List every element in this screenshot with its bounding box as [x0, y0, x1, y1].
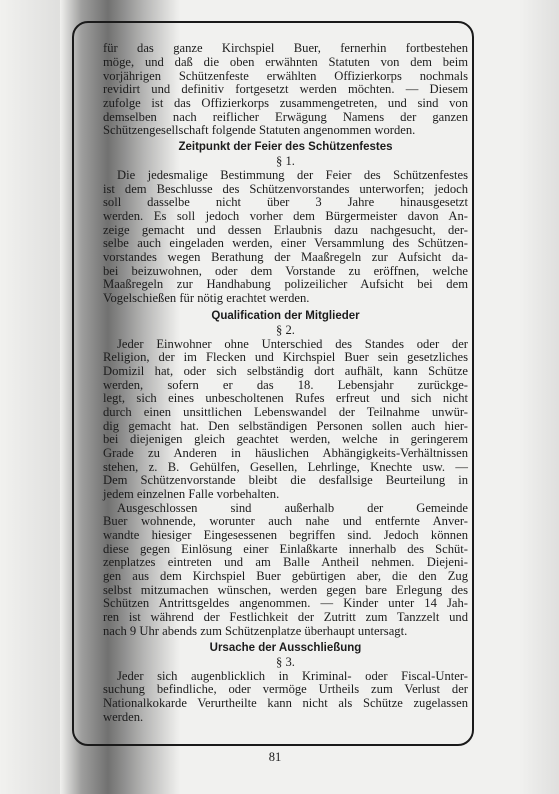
page-number: 81 — [255, 750, 295, 764]
text-line: gen aus dem Kirchspiel Buer gebürtigen a… — [103, 569, 468, 583]
text-line: Domizil hat, oder sich selbständig dort … — [103, 364, 468, 378]
text-line: wandte hiesiger Eingesessenen begriffen … — [103, 528, 468, 542]
text-line: vorstandes wegen Berathung der Maaßregel… — [103, 250, 468, 264]
text-line: Vogelschießen für nötig erachtet werden. — [103, 291, 468, 305]
section-heading: Zeitpunkt der Feier des Schützenfestes — [103, 140, 468, 154]
text-line: Maaßregeln zur Handhabung polizeilicher … — [103, 277, 468, 291]
text-line: stehen, z. B. Gehülfen, Gesellen, Lehrli… — [103, 460, 468, 474]
text-line: zeige gemacht und dessen Erlaubnis dazu … — [103, 223, 468, 237]
text-line: selbst mitzumachen wünschen, werden gege… — [103, 583, 468, 597]
text-line: suchung befindliche, oder vermöge Urthei… — [103, 682, 468, 696]
text-line: ist dem Beschlusse des Schützenvorstande… — [103, 182, 468, 196]
text-line: revidirt und definitiv fortgesetzt werde… — [103, 82, 468, 96]
section-heading: Qualification der Mitglieder — [103, 309, 468, 323]
text-line: Religion, der im Flecken und Kirchspiel … — [103, 350, 468, 364]
text-line: Schützengesellschaft folgende Statuten a… — [103, 123, 468, 137]
text-line: werden, sofern er das 18. Lebensjahr zur… — [103, 378, 468, 392]
text-line: für das ganze Kirchspiel Buer, fernerhin… — [103, 41, 468, 55]
paragraph-number: § 3. — [103, 655, 468, 669]
text-line: Grade zu Anderen in häuslichen Abhängigk… — [103, 446, 468, 460]
text-line: diese gegen Einlösung einer Einlaßkarte … — [103, 542, 468, 556]
text-line: bei diejenigen gleich geachtet werden, w… — [103, 432, 468, 446]
section-heading: Ursache der Ausschließung — [103, 641, 468, 655]
text-line: selbe auch eingeladen werden, einer Vers… — [103, 236, 468, 250]
text-line: Nationalkokarde Verurtheilte kann nicht … — [103, 696, 468, 710]
text-line: dig gemacht hat. Den selbständigen Perso… — [103, 419, 468, 433]
scan-edge-shade — [0, 0, 60, 794]
text-line: werden. Es soll jedoch vorher dem Bürger… — [103, 209, 468, 223]
text-line: soll dasselbe nicht über 3 Jahre hinausg… — [103, 195, 468, 209]
text-line: legt, sich eines unbescholtenen Rufes er… — [103, 391, 468, 405]
text-line: Ausgeschlossen sind außerhalb der Gemein… — [117, 501, 468, 515]
scan-right-shade — [519, 0, 559, 794]
text-line: Schützen Antrittsgeldes angenommen. — Ki… — [103, 596, 468, 610]
text-line: zufolge ist das Offizierkorps zusammenge… — [103, 96, 468, 110]
paragraph-number: § 2. — [103, 323, 468, 337]
text-line: Die jedesmalige Bestimmung der Feier des… — [117, 168, 468, 182]
text-line: ren ist während der Festlichkeit der Zut… — [103, 610, 468, 624]
text-line: Dem Schützenvorstande bleibt die desfall… — [103, 473, 468, 487]
text-line: Jeder Einwohner ohne Unterschied des Sta… — [117, 337, 468, 351]
text-line: bei beizuwohnen, oder dem Vorstande zu e… — [103, 264, 468, 278]
text-line: vorjährigen Schützenfeste erwählten Offi… — [103, 69, 468, 83]
text-line: nach 9 Uhr abends zum Schützenplatze übe… — [103, 624, 468, 638]
text-line: zenplatzes eintreten und am Balle Anthei… — [103, 555, 468, 569]
text-line: Buer wohnende, worunter auch nahe und en… — [103, 514, 468, 528]
text-line: durch einen unsittlichen Lebenswandel de… — [103, 405, 468, 419]
paragraph-number: § 1. — [103, 154, 468, 168]
text-line: werden. — [103, 710, 468, 724]
text-line: Jeder sich augenblicklich in Kriminal- o… — [117, 669, 468, 683]
text-line: möge, und daß die oben erwähnten Statute… — [103, 55, 468, 69]
text-line: jedem einzelnen Falle vorbehalten. — [103, 487, 468, 501]
text-line: demselben nach reiflicher Erwägung Namen… — [103, 110, 468, 124]
